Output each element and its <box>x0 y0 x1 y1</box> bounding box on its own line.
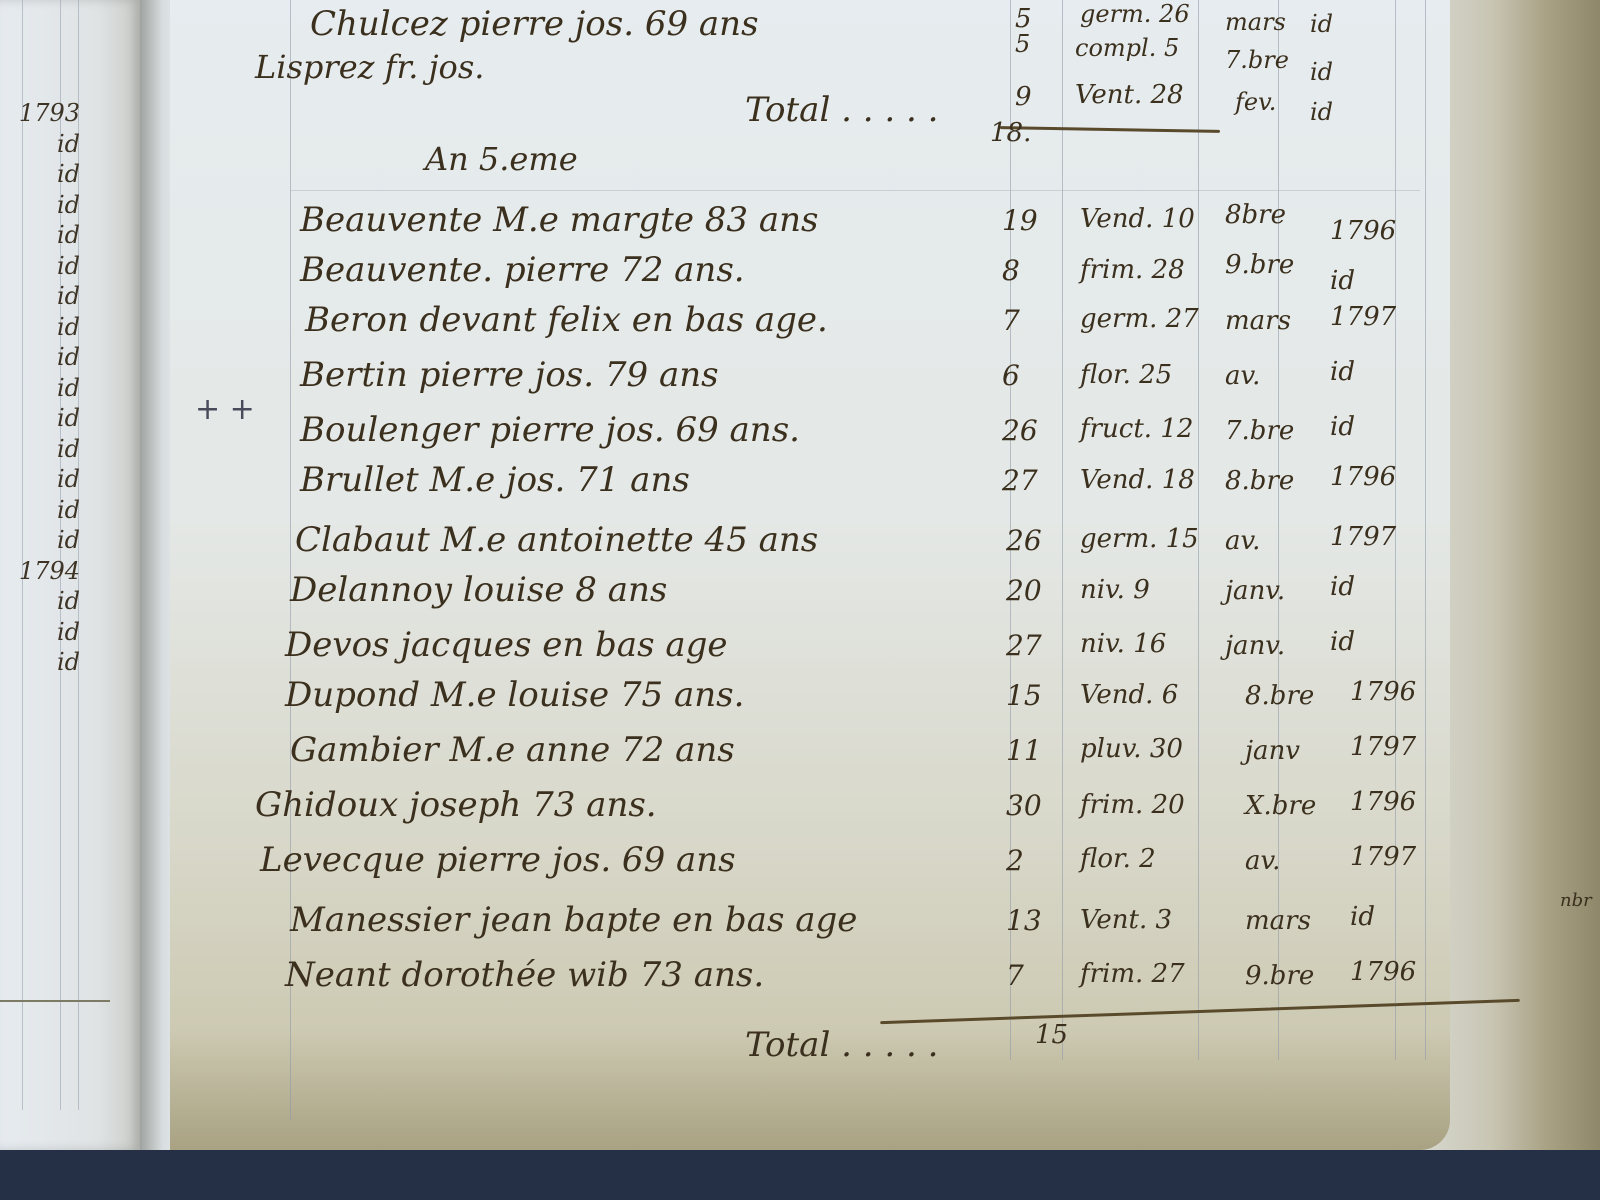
entry-num: 9 <box>1015 82 1032 112</box>
entry-gregorian-date: mars <box>1225 306 1291 336</box>
entry-name: Dupond M.e louise 75 ans. <box>285 675 744 715</box>
entry-gregorian-date: av. <box>1225 526 1260 556</box>
entry-republican-date: frim. 28 <box>1080 255 1185 285</box>
entry-year: id <box>1330 412 1355 442</box>
entry-name: Delannoy louise 8 ans <box>290 570 667 610</box>
entry-republican-date: germ. 27 <box>1080 304 1199 334</box>
entry-year: id <box>1330 627 1355 657</box>
entry-republican-date: Vent. 28 <box>1075 80 1184 110</box>
entry-num: 26 <box>1006 524 1042 557</box>
entry-name: Beauvente. pierre 72 ans. <box>300 250 745 290</box>
entry-republican-date: niv. 9 <box>1080 575 1150 605</box>
entry-year: 1796 <box>1350 677 1416 707</box>
entry-num: 13 <box>1006 904 1042 937</box>
entry-gregorian-date: 8bre <box>1225 200 1286 230</box>
entry-name: Clabaut M.e antoinette 45 ans <box>295 520 818 560</box>
entry-num: 7 <box>1002 304 1020 337</box>
entry-year: id <box>1330 572 1355 602</box>
left-cell: id <box>0 281 90 312</box>
entry-republican-date: Vend. 10 <box>1080 204 1195 234</box>
left-cell: id <box>0 495 90 526</box>
entry-gregorian-date: fev. <box>1235 88 1276 116</box>
entry-republican-date: frim. 27 <box>1080 959 1185 989</box>
entry-year: 1797 <box>1350 732 1416 762</box>
entry-name: Ghidoux joseph 73 ans. <box>255 785 657 825</box>
entry-name: Devos jacques en bas age <box>285 625 727 665</box>
entry-name: Boulenger pierre jos. 69 ans. <box>300 410 800 450</box>
left-cell: id <box>0 312 90 343</box>
column-rule <box>1425 0 1426 1060</box>
entry-num: 5 <box>1015 30 1030 58</box>
entry-gregorian-date: 7.bre <box>1225 416 1294 446</box>
column-rule <box>1278 0 1279 1060</box>
entry-gregorian-date: mars <box>1245 906 1311 936</box>
entry-gregorian-date: 8.bre <box>1245 681 1314 711</box>
entry-num: 27 <box>1006 629 1042 662</box>
entry-name: Gambier M.e anne 72 ans <box>290 730 735 770</box>
left-cell: id <box>0 220 90 251</box>
entry-gregorian-date: av. <box>1225 361 1260 391</box>
entry-gregorian-date: 7.bre <box>1225 46 1289 74</box>
entry-year: 1796 <box>1350 787 1416 817</box>
left-cell: id <box>0 342 90 373</box>
entry-gregorian-date: av. <box>1245 846 1280 876</box>
left-cell: id <box>0 586 90 617</box>
entry-republican-date: flor. 25 <box>1080 360 1172 390</box>
left-cell: 1794 <box>0 556 90 587</box>
entry-name: Brullet M.e jos. 71 ans <box>300 460 690 500</box>
entry-num: 20 <box>1006 574 1042 607</box>
entry-gregorian-date: X.bre <box>1245 791 1316 821</box>
left-cell: id <box>0 617 90 648</box>
entry-republican-date: Vend. 6 <box>1080 680 1178 710</box>
left-page: 1793 id id id id id id id id id id id id… <box>0 0 142 1150</box>
entry-gregorian-date: mars <box>1225 8 1286 36</box>
left-cell: id <box>0 159 90 190</box>
entry-gregorian-date: 8.bre <box>1225 466 1294 496</box>
entry-gregorian-date: janv. <box>1225 631 1285 661</box>
total-label: Total . . . . . <box>745 90 938 130</box>
entry-republican-date: compl. 5 <box>1075 34 1179 62</box>
entry-num: 26 <box>1002 414 1038 447</box>
entry-name: Manessier jean bapte en bas age <box>290 900 857 940</box>
background <box>0 1150 1600 1200</box>
left-year-column: 1793 id id id id id id id id id id id id… <box>0 98 90 678</box>
total-label: Total . . . . . <box>745 1025 938 1065</box>
entry-gregorian-date: janv <box>1245 736 1300 766</box>
entry-year: 1797 <box>1330 302 1396 332</box>
entry-republican-date: fruct. 12 <box>1080 414 1193 444</box>
entry-year: id <box>1330 357 1355 387</box>
entry-name: Bertin pierre jos. 79 ans <box>300 355 719 395</box>
section-heading: An 5.eme <box>425 140 578 178</box>
left-cell: id <box>0 647 90 678</box>
left-cell: id <box>0 251 90 282</box>
entry-year: id <box>1350 902 1375 932</box>
entry-republican-date: germ. 15 <box>1080 524 1199 554</box>
column-rule <box>1062 0 1063 1060</box>
rule-line <box>290 190 1420 191</box>
entry-republican-date: frim. 20 <box>1080 790 1185 820</box>
entry-year: 1796 <box>1330 216 1396 246</box>
entry-num: 11 <box>1006 734 1042 767</box>
register-photo: 1793 id id id id id id id id id id id id… <box>0 0 1600 1200</box>
entry-num: 30 <box>1006 789 1042 822</box>
left-cell: id <box>0 525 90 556</box>
entry-year: id <box>1330 266 1355 296</box>
entry-year: 1797 <box>1350 842 1416 872</box>
left-cell: id <box>0 403 90 434</box>
entry-num: 27 <box>1002 464 1038 497</box>
total-value: 18. <box>990 118 1031 148</box>
entry-year: id <box>1310 58 1333 86</box>
right-edge-text: nbr <box>1560 890 1592 911</box>
entry-num: 19 <box>1002 204 1038 237</box>
entry-republican-date: flor. 2 <box>1080 844 1156 874</box>
entry-year: id <box>1310 10 1333 38</box>
ink-rule <box>0 1000 110 1002</box>
entry-republican-date: Vent. 3 <box>1080 905 1172 935</box>
entry-num: 7 <box>1006 959 1024 992</box>
entry-republican-date: pluv. 30 <box>1080 734 1183 764</box>
left-cell: id <box>0 190 90 221</box>
entry-year: id <box>1310 98 1333 126</box>
total-value: 15 <box>1035 1020 1068 1050</box>
entry-num: 6 <box>1002 359 1020 392</box>
entry-gregorian-date: 9.bre <box>1225 250 1294 280</box>
left-cell: id <box>0 434 90 465</box>
entry-year: 1797 <box>1330 522 1396 552</box>
margin-rule <box>290 0 291 1120</box>
entry-gregorian-date: 9.bre <box>1245 961 1314 991</box>
entry-name: Lisprez fr. jos. <box>255 48 484 86</box>
entry-republican-date: niv. 16 <box>1080 629 1166 659</box>
entry-name: Levecque pierre jos. 69 ans <box>260 840 736 880</box>
entry-name: Neant dorothée wib 73 ans. <box>285 955 764 995</box>
left-cell: id <box>0 129 90 160</box>
entry-gregorian-date: janv. <box>1225 576 1285 606</box>
left-cell: id <box>0 373 90 404</box>
left-cell: 1793 <box>0 98 90 129</box>
entry-num: 8 <box>1002 254 1020 287</box>
entry-republican-date: germ. 26 <box>1080 0 1190 28</box>
entry-republican-date: Vend. 18 <box>1080 465 1195 495</box>
entry-num: 15 <box>1006 679 1042 712</box>
entry-name: Beron devant felix en bas age. <box>305 300 828 340</box>
entry-year: 1796 <box>1330 462 1396 492</box>
entry-year: 1796 <box>1350 957 1416 987</box>
entry-num: 2 <box>1006 844 1024 877</box>
cross-marks: + + <box>195 392 255 427</box>
entry-name: Beauvente M.e margte 83 ans <box>300 200 818 240</box>
left-cell: id <box>0 464 90 495</box>
entry-name: Chulcez pierre jos. 69 ans <box>310 4 759 44</box>
